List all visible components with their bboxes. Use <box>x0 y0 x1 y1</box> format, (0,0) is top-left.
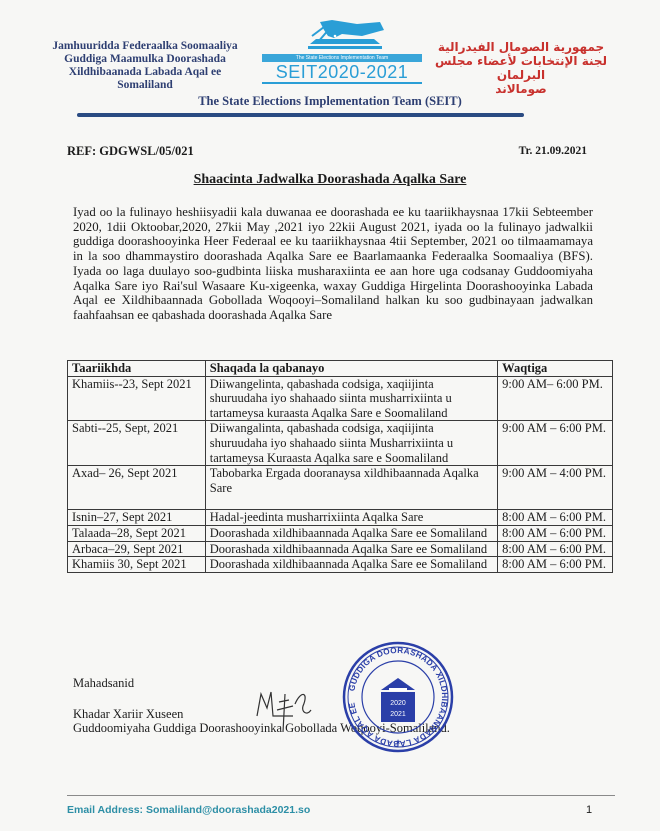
letterhead-line: Somaliland <box>40 79 250 92</box>
cell-task: Doorashada xildhibaannada Aqalka Sare ee… <box>205 557 497 573</box>
reference-number: REF: GDGWSL/05/021 <box>67 144 194 159</box>
cell-task: Doorashada xildhibaannada Aqalka Sare ee… <box>205 541 497 557</box>
table-row: Arbaca–29, Sept 2021 Doorashada xildhiba… <box>68 541 613 557</box>
column-header-date: Taariikhda <box>68 361 206 377</box>
header-divider <box>77 113 524 117</box>
cell-date: Arbaca–29, Sept 2021 <box>68 541 206 557</box>
table-row: Sabti--25, Sept, 2021 Diiwangalinta, qab… <box>68 421 613 466</box>
letterhead-line: Xildhibaanada Labada Aqal ee <box>40 66 250 79</box>
cell-time: 9:00 AM – 4:00 PM. <box>498 466 613 510</box>
letterhead-line: لجنة الإنتخابات لأعضاء مجلس البرلمان <box>416 54 626 82</box>
svg-text:2021: 2021 <box>390 711 406 718</box>
table-row: Khamiis 30, Sept 2021 Doorashada xildhib… <box>68 557 613 573</box>
svg-text:★: ★ <box>395 738 401 746</box>
cell-date: Isnin–27, Sept 2021 <box>68 510 206 526</box>
table-row: Talaada–28, Sept 2021 Doorashada xildhib… <box>68 525 613 541</box>
cell-time: 8:00 AM – 6:00 PM. <box>498 525 613 541</box>
column-header-time: Waqtiga <box>498 361 613 377</box>
official-stamp-icon: GUDDIGA DOORASHADA XILDHIBAANNADA LABADA… <box>341 640 455 754</box>
letterhead-somali: Jamhuuridda Federaalka Soomaaliya Guddig… <box>40 40 250 92</box>
cell-task: Hadal-jeedinta musharrixiinta Aqalka Sar… <box>205 510 497 526</box>
column-header-task: Shaqada la qabanayo <box>205 361 497 377</box>
logo-name: SEIT2020-2021 <box>262 62 422 84</box>
cell-date: Sabti--25, Sept, 2021 <box>68 421 206 466</box>
letterhead-line: Guddiga Maamulka Doorashada <box>40 53 250 66</box>
cell-task: Diiwangalinta, qabashada codsiga, xaqiij… <box>205 421 497 466</box>
cell-date: Khamiis 30, Sept 2021 <box>68 557 206 573</box>
footer-email[interactable]: Email Address: Somaliland@doorashada2021… <box>67 804 310 816</box>
letterhead-line: جمهورية الصومال الفيدرالية <box>416 40 626 54</box>
cell-time: 9:00 AM – 6:00 PM. <box>498 421 613 466</box>
cell-task: Doorashada xildhibaannada Aqalka Sare ee… <box>205 525 497 541</box>
signature-icon <box>255 686 325 736</box>
cell-task: Tabobarka Ergada dooranaysa xildhibaanna… <box>205 466 497 510</box>
cell-date: Axad– 26, Sept 2021 <box>68 466 206 510</box>
letterhead-arabic: جمهورية الصومال الفيدرالية لجنة الإنتخاب… <box>416 40 626 96</box>
table-row: Isnin–27, Sept 2021 Hadal-jeedinta musha… <box>68 510 613 526</box>
body-paragraph: Iyad oo la fulinayo heshiisyadii kala du… <box>73 205 593 323</box>
letterhead-line: Jamhuuridda Federaalka Soomaaliya <box>40 40 250 53</box>
footer-divider <box>67 795 615 796</box>
cell-time: 8:00 AM – 6:00 PM. <box>498 510 613 526</box>
cell-time: 9:00 AM– 6:00 PM. <box>498 376 613 421</box>
table-header-row: Taariikhda Shaqada la qabanayo Waqtiga <box>68 361 613 377</box>
document-date: Tr. 21.09.2021 <box>519 145 587 157</box>
cell-date: Talaada–28, Sept 2021 <box>68 525 206 541</box>
page-number: 1 <box>586 804 592 816</box>
table-row: Khamiis--23, Sept 2021 Diiwangelinta, qa… <box>68 376 613 421</box>
closing-thanks: Mahadsanid <box>73 676 134 691</box>
cell-date: Khamiis--23, Sept 2021 <box>68 376 206 421</box>
svg-text:2020: 2020 <box>390 700 406 707</box>
cell-time: 8:00 AM – 6:00 PM. <box>498 541 613 557</box>
table-row: Axad– 26, Sept 2021 Tabobarka Ergada doo… <box>68 466 613 510</box>
cell-time: 8:00 AM – 6:00 PM. <box>498 557 613 573</box>
cell-task: Diiwangelinta, qabashada codsiga, xaqiij… <box>205 376 497 421</box>
ballot-hand-icon <box>262 14 422 54</box>
document-title: Shaacinta Jadwalka Doorashada Aqalka Sar… <box>0 172 660 188</box>
document-page: Jamhuuridda Federaalka Soomaaliya Guddig… <box>0 0 660 831</box>
organization-name: The State Elections Implementation Team … <box>0 94 660 109</box>
schedule-table: Taariikhda Shaqada la qabanayo Waqtiga K… <box>67 360 613 573</box>
logo-band-text: The State Elections Implementation Team <box>262 54 422 62</box>
seit-logo: The State Elections Implementation Team … <box>262 14 422 84</box>
